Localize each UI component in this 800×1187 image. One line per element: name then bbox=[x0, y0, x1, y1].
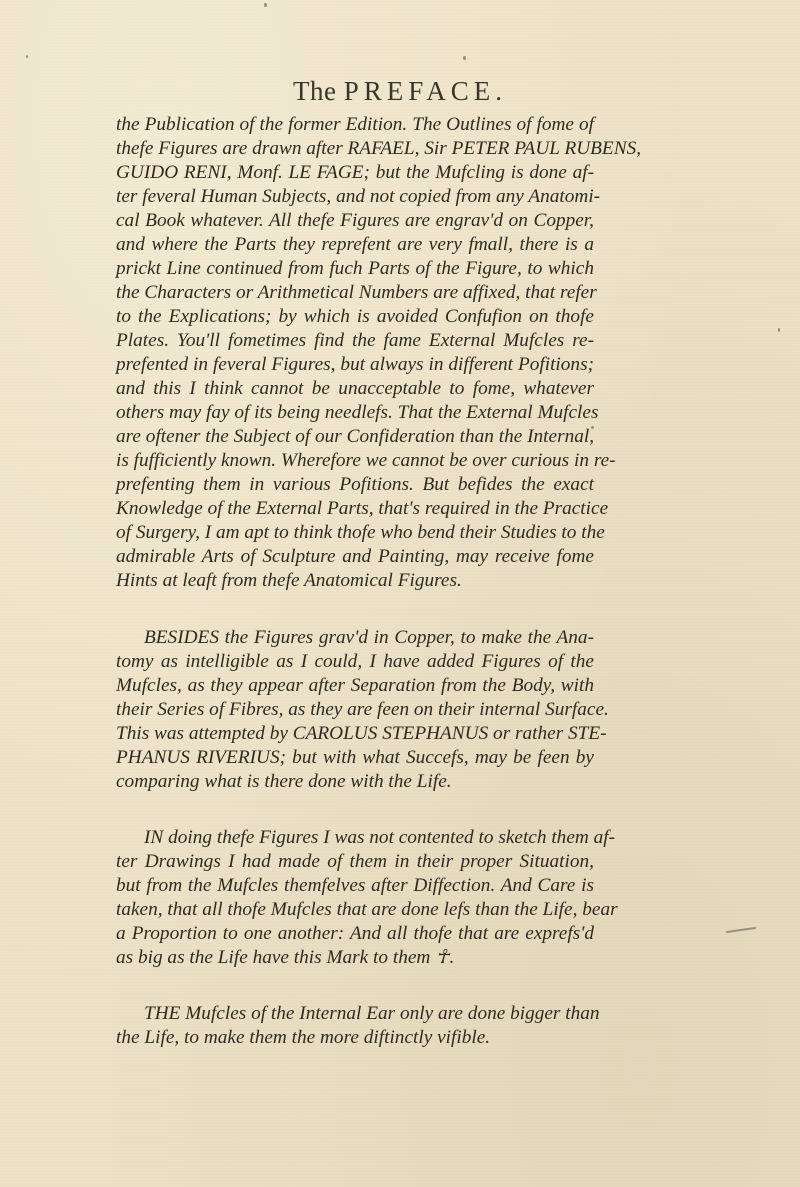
paper-speck bbox=[591, 426, 594, 429]
margin-pen-mark bbox=[726, 927, 756, 933]
text-line: the Life, to make them the more diftinct… bbox=[116, 1026, 594, 1050]
text-line: the Publication of the former Edition. T… bbox=[116, 113, 594, 137]
paper-speck bbox=[463, 56, 466, 60]
text-line: and this I think cannot be unacceptable … bbox=[116, 377, 594, 401]
text-line: are oftener the Subject of our Confidera… bbox=[116, 425, 594, 449]
paragraph-4: THE Mufcles of the Internal Ear only are… bbox=[116, 1002, 594, 1050]
text-line: PHANUS RIVERIUS; but with what Succefs, … bbox=[116, 746, 594, 770]
text-line: IN doing thefe Figures I was not content… bbox=[116, 826, 594, 850]
text-line: their Series of Fibres, as they are feen… bbox=[116, 698, 594, 722]
text-line: Mufcles, as they appear after Separation… bbox=[116, 674, 594, 698]
text-line: cal Book whatever. All thefe Figures are… bbox=[116, 209, 594, 233]
text-line: prefented in feveral Figures, but always… bbox=[116, 353, 594, 377]
text-line: of Surgery, I am apt to think thofe who … bbox=[116, 521, 594, 545]
text-line: Hints at leaft from thefe Anatomical Fig… bbox=[116, 569, 594, 593]
text-line: thefe Figures are drawn after RAFAEL, Si… bbox=[116, 137, 594, 161]
text-line: tomy as intelligible as I could, I have … bbox=[116, 650, 594, 674]
text-line: prefenting them in various Pofitions. Bu… bbox=[116, 473, 594, 497]
text-line: to the Explications; by which is avoided… bbox=[116, 305, 594, 329]
paragraph-3: IN doing thefe Figures I was not content… bbox=[116, 826, 594, 970]
paper-speck bbox=[26, 55, 28, 58]
text-line: prickt Line continued from fuch Parts of… bbox=[116, 257, 594, 281]
paper-speck bbox=[264, 3, 267, 7]
running-title-word: PREFACE. bbox=[344, 76, 507, 106]
text-line: others may fay of its being needlefs. Th… bbox=[116, 401, 594, 425]
text-line: a Proportion to one another: And all tho… bbox=[116, 922, 594, 946]
text-line: ter Drawings I had made of them in their… bbox=[116, 850, 594, 874]
paragraph-1: the Publication of the former Edition. T… bbox=[116, 113, 594, 593]
text-line: BESIDES the Figures grav'd in Copper, to… bbox=[116, 626, 594, 650]
book-page: The PREFACE. the Publication of the form… bbox=[0, 0, 800, 1187]
text-line: comparing what is there done with the Li… bbox=[116, 770, 594, 794]
text-line: taken, that all thofe Mufcles that are d… bbox=[116, 898, 594, 922]
paragraph-2: BESIDES the Figures grav'd in Copper, to… bbox=[116, 626, 594, 794]
text-line: Plates. You'll fometimes find the fame E… bbox=[116, 329, 594, 353]
text-line: but from the Mufcles themfelves after Di… bbox=[116, 874, 594, 898]
running-title-prefix: The bbox=[293, 76, 336, 106]
running-title: The PREFACE. bbox=[0, 76, 800, 107]
text-line: the Characters or Arithmetical Numbers a… bbox=[116, 281, 594, 305]
text-line: is fufficiently known. Wherefore we cann… bbox=[116, 449, 594, 473]
text-line: admirable Arts of Sculpture and Painting… bbox=[116, 545, 594, 569]
text-line: Knowledge of the External Parts, that's … bbox=[116, 497, 594, 521]
text-line: ter feveral Human Subjects, and not copi… bbox=[116, 185, 594, 209]
text-line: This was attempted by CAROLUS STEPHANUS … bbox=[116, 722, 594, 746]
paper-speck bbox=[778, 328, 780, 332]
text-line: and where the Parts they reprefent are v… bbox=[116, 233, 594, 257]
text-line: GUIDO RENI, Monf. LE FAGE; but the Mufcl… bbox=[116, 161, 594, 185]
text-line: as big as the Life have this Mark to the… bbox=[116, 946, 594, 970]
text-line: THE Mufcles of the Internal Ear only are… bbox=[116, 1002, 594, 1026]
